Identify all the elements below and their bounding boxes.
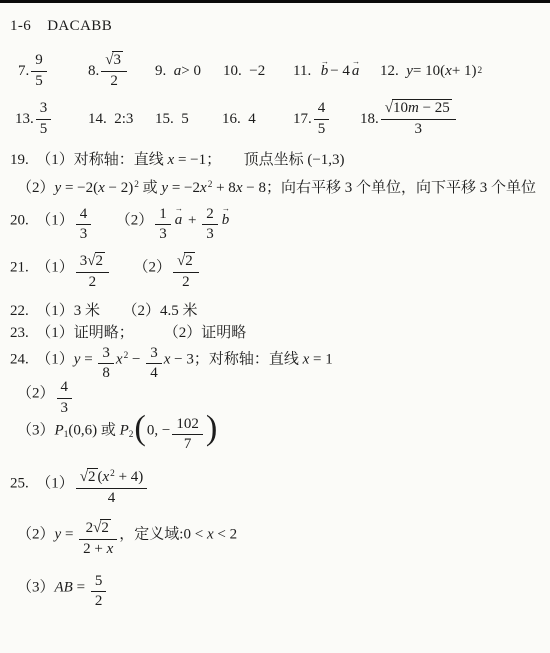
answers-row-7-12: 7.958.√329. a > 010. −211. →b − 4→a12. y… — [10, 48, 540, 94]
answer-24-part3: （3）P1(0,6) 或 P2(0, −1027) — [10, 416, 540, 454]
math-text: − — [128, 351, 144, 367]
fraction-numerator: 4 — [76, 206, 92, 226]
fraction: 95 — [31, 52, 47, 90]
top-border-rule — [0, 0, 550, 3]
fraction-denominator: 5 — [31, 72, 47, 91]
math-text: x — [103, 469, 110, 485]
vector-arrow-icon: → — [222, 205, 230, 213]
answer-11: 11. →b − 4→a — [293, 48, 361, 94]
math-text: （3） — [17, 422, 55, 438]
math-text: = — [61, 527, 77, 543]
math-text: 8. — [88, 63, 99, 80]
radicand: 2 — [100, 519, 111, 538]
math-text: 4 — [80, 206, 88, 222]
math-text: − 3；对称轴：直线 — [170, 351, 302, 367]
answers-row-13-18: 13.3514. 2:315. 516. 417.4518.√10m − 253 — [10, 96, 540, 142]
fraction-denominator: 3 — [76, 225, 92, 244]
math-text: （3） — [17, 579, 55, 595]
answer-16: 16. 4 — [222, 96, 256, 142]
square-root: √10m − 25 — [385, 99, 452, 118]
math-text: 7. — [18, 63, 29, 80]
math-text: ，定义域:0 < — [119, 527, 207, 543]
math-text: = −1； 顶点坐标 (−1,3) — [174, 152, 344, 168]
math-text: x — [207, 527, 214, 543]
math-text: 或 — [139, 180, 162, 196]
square-root: √3 — [105, 51, 123, 70]
fraction-denominator: 2 + x — [79, 540, 117, 559]
math-text: 3 — [80, 226, 88, 242]
fraction-numerator: 4 — [314, 100, 330, 120]
radicand: 2 — [95, 252, 106, 271]
math-text: x — [107, 541, 114, 557]
answer-7: 7.95 — [18, 48, 49, 94]
math-text: （2） — [17, 527, 55, 543]
answer-19-part1: 19. （1）对称轴：直线 x = −1； 顶点坐标 (−1,3) — [10, 150, 540, 172]
math-text: ( — [133, 409, 147, 447]
math-text: x — [98, 180, 105, 196]
fraction-numerator: √3 — [101, 51, 127, 72]
math-text: 2 — [88, 469, 96, 485]
math-text: 3 — [61, 400, 69, 416]
vector: →b — [222, 209, 230, 232]
math-text: − 2) — [105, 180, 133, 196]
fraction: √22 — [173, 252, 199, 291]
answer-20: 20. （1）43 （2）13→a + 23→b — [10, 206, 540, 244]
fraction-numerator: 4 — [57, 379, 73, 399]
vector-arrow-icon: → — [321, 58, 329, 66]
multiple-choice-answers: DACABB — [47, 18, 112, 34]
math-text: x — [200, 180, 207, 196]
vector: →a — [175, 209, 183, 232]
fraction-numerator: √10m − 25 — [381, 99, 456, 120]
math-text: 2 — [101, 520, 109, 536]
answer-22: 22. （1）3 米 （2）4.5 米 — [10, 301, 540, 323]
square-root: √2 — [93, 519, 111, 538]
math-text: 4 — [108, 490, 116, 506]
math-text: 3 — [206, 226, 214, 242]
math-text: 3 — [113, 52, 121, 68]
math-text: a — [174, 63, 182, 80]
math-text: P — [55, 422, 64, 438]
fraction-denominator: 3 — [155, 225, 171, 244]
math-text: 2 — [95, 593, 103, 609]
math-text: 10 — [393, 100, 408, 116]
math-text: 14. 2:3 — [88, 111, 133, 128]
fraction-denominator: 4 — [146, 364, 162, 383]
answer-sheet-page: 1-6DACABB 7.958.√329. a > 010. −211. →b … — [0, 0, 550, 611]
math-text: 5 — [40, 121, 48, 137]
answer-8: 8.√32 — [88, 48, 129, 94]
vector-arrow-icon: → — [352, 58, 360, 66]
math-text: < 2 — [214, 527, 237, 543]
math-text: 2 + — [83, 541, 106, 557]
math-text: 2 — [110, 73, 118, 89]
fraction-denominator: 2 — [101, 72, 127, 91]
answer-21: 21. （1）3√22 （2）√22 — [10, 252, 540, 291]
math-text: 2 — [96, 253, 104, 269]
answer-18: 18.√10m − 253 — [360, 96, 458, 142]
fraction-numerator: 2 — [202, 206, 218, 226]
fraction-numerator: 9 — [31, 52, 47, 72]
math-text: 1 — [159, 206, 167, 222]
vector-arrow-icon: → — [175, 205, 183, 213]
math-text: x — [445, 63, 452, 80]
math-text: 13. — [15, 111, 34, 128]
answer-17: 17.45 — [293, 96, 331, 142]
math-text: 3 — [159, 226, 167, 242]
math-text: − 25 — [419, 100, 450, 116]
math-text: − 4 — [330, 63, 350, 80]
math-text: 3 — [415, 121, 423, 137]
fraction: 1027 — [172, 416, 203, 454]
answer-19-part2: （2）y = −2(x − 2)2 或 y = −2x2 + 8x − 8；向右… — [10, 178, 540, 200]
answer-sheet-content: 1-6DACABB 7.958.√329. a > 010. −211. →b … — [0, 18, 550, 611]
math-text: 4 — [61, 379, 69, 395]
fraction-denominator: 8 — [98, 364, 114, 383]
math-text: y — [406, 63, 413, 80]
answer-15: 15. 5 — [155, 96, 189, 142]
fraction-numerator: 3 — [98, 345, 114, 365]
math-text: （2） — [17, 180, 55, 196]
math-text: + 4) — [115, 469, 143, 485]
fraction: √2(x2 + 4)4 — [76, 468, 148, 507]
math-text: 11. — [293, 63, 319, 80]
math-text: = 1 — [309, 351, 332, 367]
answer-25-part2: （2）y = 2√22 + x，定义域:0 < x < 2 — [10, 519, 540, 558]
answer-23: 23. （1）证明略； （2）证明略 — [10, 323, 540, 345]
fraction-denominator: 7 — [172, 435, 203, 454]
math-text: 22. （1）3 米 （2）4.5 米 — [10, 303, 198, 319]
fraction-denominator: 5 — [314, 120, 330, 139]
fraction-numerator: 3 — [36, 100, 52, 120]
math-text: 3 — [102, 345, 110, 361]
math-text: 18. — [360, 111, 379, 128]
multiple-choice-answers-line: 1-6DACABB — [10, 18, 540, 35]
math-text: − 8；向右平移 3 个单位，向下平移 3 个单位 — [242, 180, 535, 196]
math-text: 23. （1）证明略； （2）证明略 — [10, 325, 246, 341]
math-text: = — [73, 579, 89, 595]
fraction: 43 — [76, 206, 92, 244]
fraction-denominator: 4 — [76, 489, 148, 508]
math-text: 25. （1） — [10, 475, 74, 491]
answer-13: 13.35 — [15, 96, 53, 142]
fraction: √32 — [101, 51, 127, 90]
math-text: x — [116, 351, 123, 367]
math-text: 16. 4 — [222, 111, 256, 128]
fraction-denominator: 2 — [76, 273, 109, 292]
math-text: 10. −2 — [223, 63, 265, 80]
math-text: 2 — [182, 274, 190, 290]
math-text: 21. （1） — [10, 259, 74, 275]
math-text: + — [184, 212, 200, 228]
math-text: 9 — [35, 52, 43, 68]
fraction: 23 — [202, 206, 218, 244]
math-text: = −2 — [168, 180, 200, 196]
vector: →b — [321, 62, 329, 80]
fraction-numerator: 3 — [146, 345, 162, 365]
fraction-denominator: 3 — [57, 399, 73, 418]
fraction-numerator: √2 — [173, 252, 199, 273]
math-text: 2 — [86, 520, 94, 536]
vector-letter: a — [175, 212, 183, 228]
fraction-denominator: 3 — [381, 120, 456, 139]
fraction: 35 — [36, 100, 52, 138]
radicand: 2 — [184, 252, 195, 271]
math-text: = — [80, 351, 96, 367]
fraction-denominator: 5 — [36, 120, 52, 139]
math-text: 3 — [150, 345, 158, 361]
fraction: 2√22 + x — [79, 519, 117, 558]
math-text: P — [120, 422, 129, 438]
math-text: 19. （1）对称轴：直线 — [10, 152, 168, 168]
fraction: 38 — [98, 345, 114, 383]
fraction: 43 — [57, 379, 73, 417]
math-text: ) — [205, 409, 219, 447]
math-text: 4 — [150, 365, 158, 381]
fraction: 3√22 — [76, 252, 109, 291]
answer-10: 10. −2 — [223, 48, 265, 94]
math-text: > 0 — [181, 63, 201, 80]
answer-24-part1: 24. （1）y = 38x2 − 34x − 3；对称轴：直线 x = 1 — [10, 345, 540, 383]
radicand: 2 — [87, 468, 98, 487]
math-text: 2 — [185, 253, 193, 269]
math-text: = −2( — [61, 180, 98, 196]
fraction-numerator: 2√2 — [79, 519, 117, 540]
fraction: √10m − 253 — [381, 99, 456, 138]
math-text: （2） — [17, 386, 55, 402]
fraction-numerator: 5 — [91, 573, 107, 593]
math-text: 9. — [155, 63, 174, 80]
fraction: 13 — [155, 206, 171, 244]
math-text: 8 — [102, 365, 110, 381]
math-text: 5 — [95, 573, 103, 589]
math-text: 24. （1） — [10, 351, 74, 367]
fraction: 52 — [91, 573, 107, 611]
math-text: + 1) — [452, 63, 477, 80]
fraction-denominator: 3 — [202, 225, 218, 244]
answer-24-part2: （2）43 — [10, 379, 540, 417]
fraction-numerator: 3√2 — [76, 252, 109, 273]
math-text: 2 — [206, 206, 214, 222]
math-text: 3 — [80, 253, 88, 269]
fraction: 45 — [314, 100, 330, 138]
math-text: （2） — [111, 259, 171, 275]
math-text: AB — [55, 579, 73, 595]
answer-9: 9. a > 0 — [155, 48, 201, 94]
radicand: 3 — [112, 51, 123, 70]
math-text: 4 — [318, 100, 326, 116]
square-root: √2 — [80, 468, 98, 487]
math-text: 7 — [184, 436, 192, 452]
square-root: √2 — [177, 252, 195, 271]
superscript: 2 — [478, 66, 483, 76]
answer-14: 14. 2:3 — [88, 96, 133, 142]
math-text: + 8 — [212, 180, 235, 196]
square-root: √2 — [87, 252, 105, 271]
math-text: （2） — [93, 212, 153, 228]
math-text: 102 — [176, 416, 199, 432]
fraction: 34 — [146, 345, 162, 383]
math-text: 20. （1） — [10, 212, 74, 228]
math-text: 2 — [89, 274, 97, 290]
math-text: 5 — [35, 73, 43, 89]
math-text: 3 — [40, 100, 48, 116]
answer-12: 12. y = 10(x + 1)2 — [380, 48, 482, 94]
math-text: 5 — [318, 121, 326, 137]
radicand: 10m − 25 — [392, 99, 452, 118]
vector-letter: b — [222, 212, 230, 228]
math-text: m — [408, 100, 419, 116]
math-text: 17. — [293, 111, 312, 128]
fraction-numerator: 1 — [155, 206, 171, 226]
fraction-numerator: 102 — [172, 416, 203, 436]
answer-25-part3: （3）AB = 52 — [10, 573, 540, 611]
fraction-denominator: 2 — [91, 592, 107, 611]
vector: →a — [352, 62, 360, 80]
fraction-numerator: √2(x2 + 4) — [76, 468, 148, 489]
math-text: 15. 5 — [155, 111, 189, 128]
answer-25-part1: 25. （1）√2(x2 + 4)4 — [10, 468, 540, 507]
question-range-label: 1-6 — [10, 18, 31, 34]
fraction-denominator: 2 — [173, 273, 199, 292]
math-text: = 10( — [413, 63, 445, 80]
math-text: 12. — [380, 63, 406, 80]
math-text: (0,6) 或 — [68, 422, 119, 438]
math-text: 0, − — [147, 422, 170, 438]
